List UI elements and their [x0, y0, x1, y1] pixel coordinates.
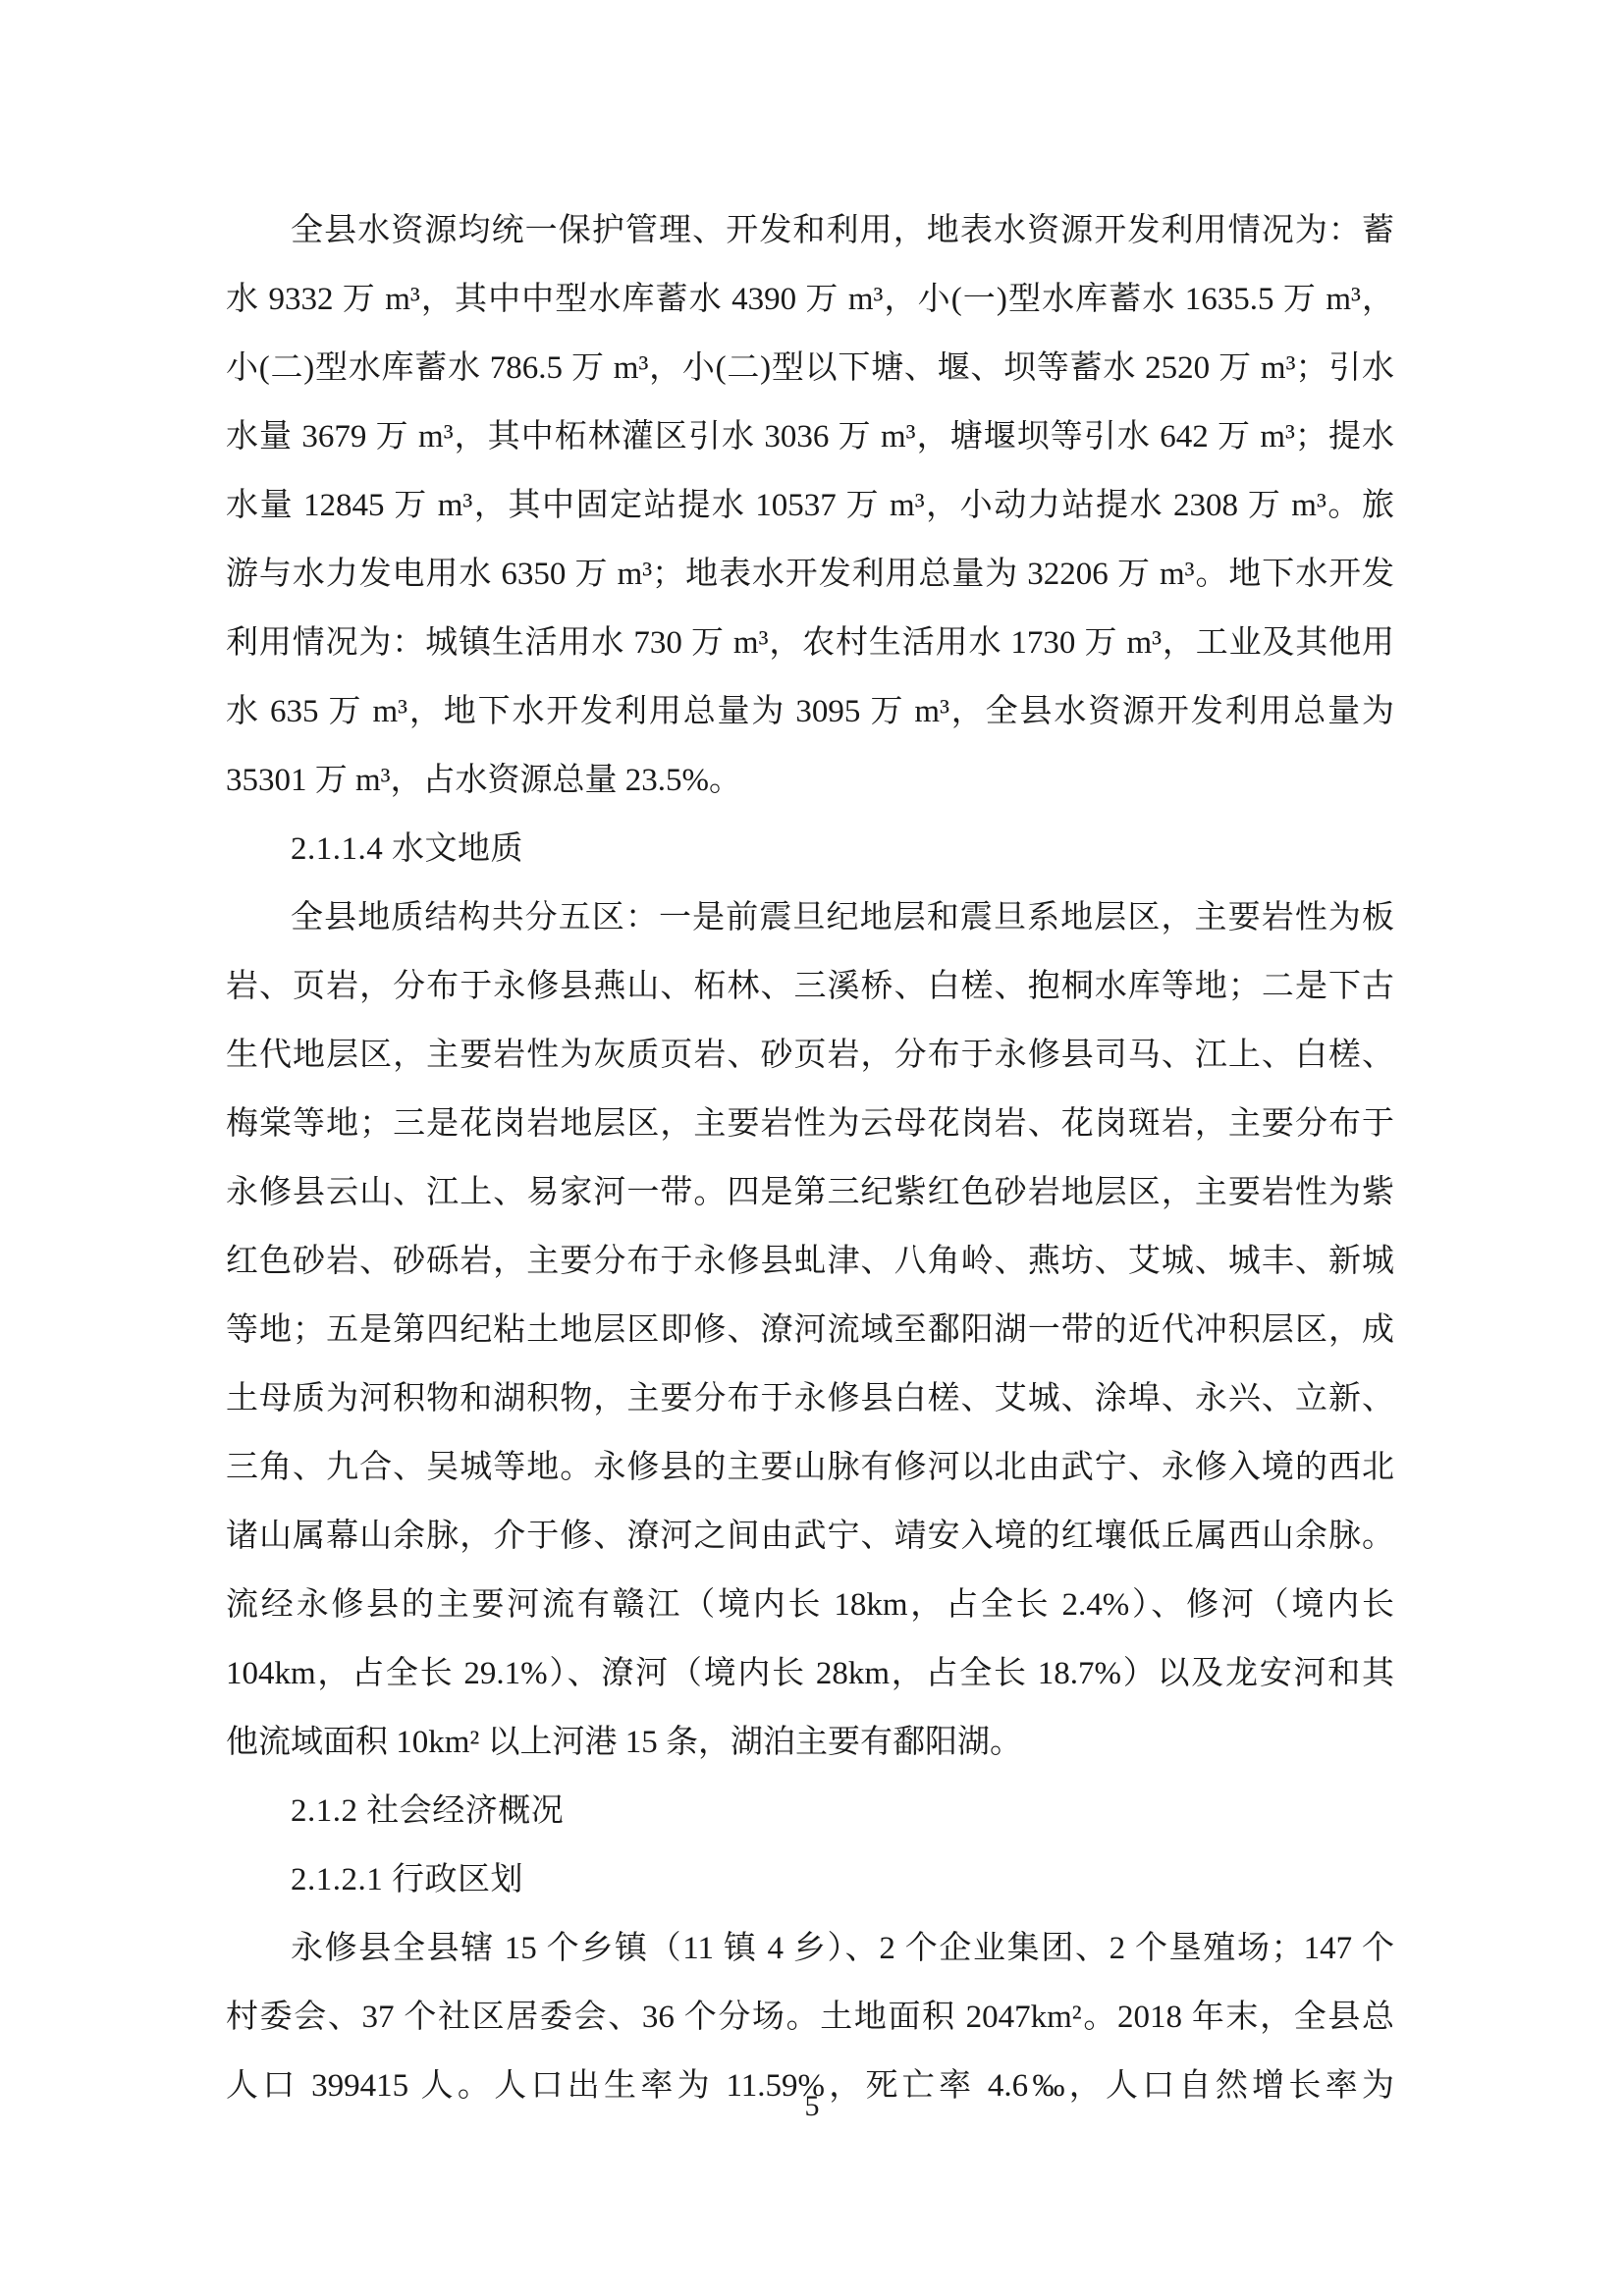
body-line: 等地；五是第四纪粘土地层区即修、潦河流域至鄱阳湖一带的近代冲积层区，成	[226, 1296, 1394, 1364]
body-line: 35301 万 m³，占水资源总量 23.5%。	[226, 746, 1394, 815]
body-line: 利用情况为：城镇生活用水 730 万 m³，农村生活用水 1730 万 m³，工…	[226, 609, 1394, 677]
body-line: 岩、页岩，分布于永修县燕山、柘林、三溪桥、白槎、抱桐水库等地；二是下古	[226, 952, 1394, 1021]
body-line: 水 635 万 m³，地下水开发利用总量为 3095 万 m³，全县水资源开发利…	[226, 677, 1394, 746]
page-number: 5	[0, 2087, 1624, 2126]
body-line: 诸山属幕山余脉，介于修、潦河之间由武宁、靖安入境的红壤低丘属西山余脉。	[226, 1502, 1394, 1571]
section-heading: 2.1.1.4 水文地质	[226, 815, 1394, 883]
body-line: 游与水力发电用水 6350 万 m³；地表水开发利用总量为 32206 万 m³…	[226, 540, 1394, 609]
body-line: 全县水资源均统一保护管理、开发和利用，地表水资源开发利用情况为：蓄	[226, 196, 1394, 265]
text-column: 全县水资源均统一保护管理、开发和利用，地表水资源开发利用情况为：蓄水 9332 …	[226, 196, 1394, 2120]
body-line: 小(二)型水库蓄水 786.5 万 m³，小(二)型以下塘、堰、坝等蓄水 252…	[226, 334, 1394, 402]
body-line: 永修县全县辖 15 个乡镇（11 镇 4 乡）、2 个企业集团、2 个垦殖场；1…	[226, 1914, 1394, 1983]
body-line: 生代地层区，主要岩性为灰质页岩、砂页岩，分布于永修县司马、江上、白槎、	[226, 1021, 1394, 1090]
section-heading: 2.1.2.1 行政区划	[226, 1845, 1394, 1914]
document-page: 全县水资源均统一保护管理、开发和利用，地表水资源开发利用情况为：蓄水 9332 …	[0, 0, 1624, 2296]
body-line: 梅棠等地；三是花岗岩地层区，主要岩性为云母花岗岩、花岗斑岩，主要分布于	[226, 1090, 1394, 1158]
body-line: 三角、九合、吴城等地。永修县的主要山脉有修河以北由武宁、永修入境的西北	[226, 1433, 1394, 1502]
body-line: 水量 3679 万 m³，其中柘林灌区引水 3036 万 m³，塘堰坝等引水 6…	[226, 402, 1394, 471]
body-line: 流经永修县的主要河流有赣江（境内长 18km，占全长 2.4%）、修河（境内长	[226, 1571, 1394, 1639]
body-line: 水 9332 万 m³，其中中型水库蓄水 4390 万 m³，小(一)型水库蓄水…	[226, 265, 1394, 334]
body-line: 红色砂岩、砂砾岩，主要分布于永修县虬津、八角岭、燕坊、艾城、城丰、新城	[226, 1227, 1394, 1296]
body-line: 水量 12845 万 m³，其中固定站提水 10537 万 m³，小动力站提水 …	[226, 471, 1394, 540]
body-line: 全县地质结构共分五区：一是前震旦纪地层和震旦系地层区，主要岩性为板	[226, 883, 1394, 952]
section-heading: 2.1.2 社会经济概况	[226, 1777, 1394, 1845]
body-line: 永修县云山、江上、易家河一带。四是第三纪紫红色砂岩地层区，主要岩性为紫	[226, 1158, 1394, 1227]
body-line: 土母质为河积物和湖积物，主要分布于永修县白槎、艾城、涂埠、永兴、立新、	[226, 1364, 1394, 1433]
body-line: 104km，占全长 29.1%）、潦河（境内长 28km，占全长 18.7%）以…	[226, 1639, 1394, 1708]
body-line: 村委会、37 个社区居委会、36 个分场。土地面积 2047km²。2018 年…	[226, 1983, 1394, 2052]
body-line: 他流域面积 10km² 以上河港 15 条，湖泊主要有鄱阳湖。	[226, 1708, 1394, 1777]
